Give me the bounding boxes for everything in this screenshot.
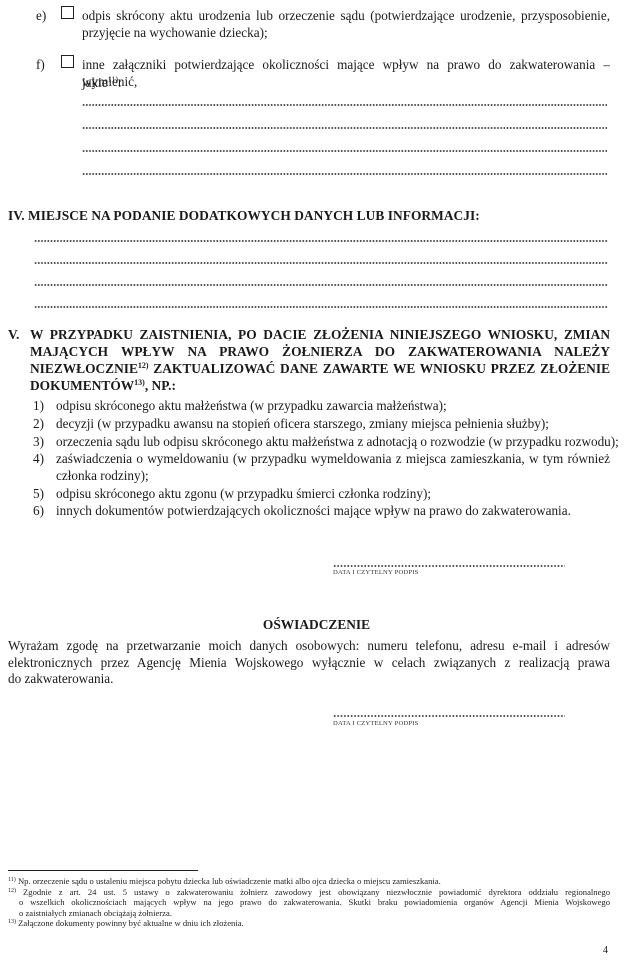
footnote-ref-13: 13) bbox=[134, 378, 145, 387]
footnote-separator bbox=[8, 870, 198, 871]
item-f-text-line2: jakie11): bbox=[82, 74, 610, 91]
list-num-2: 2) bbox=[33, 415, 44, 432]
declaration-line3: do zakwaterowania. bbox=[8, 671, 610, 688]
footnote-11: 11) Np. orzeczenie sądu o ustaleniu miej… bbox=[8, 876, 610, 887]
answer-line-iv-3[interactable] bbox=[34, 284, 608, 286]
footnote-12-line2: o wszelkich okolicznościach mających wpł… bbox=[8, 897, 610, 908]
declaration-text: Wyrażam zgodę na przetwarzanie moich dan… bbox=[8, 638, 610, 688]
checkbox-f[interactable] bbox=[61, 55, 74, 68]
list-item-4: zaświadczenia o wymeldowaniu (w przypadk… bbox=[56, 450, 610, 467]
heading-word-dokumentow: DOKUMENTÓW bbox=[30, 378, 134, 393]
heading-line3-rest: ZAKTUALIZOWAĆ DANE ZAWARTE WE WNIOSKU PR… bbox=[149, 361, 610, 376]
footnote-13-text: Załączone dokumenty powinny być aktualne… bbox=[18, 918, 244, 928]
footnote-11-text: Np. orzeczenie sądu o ustaleniu miejsca … bbox=[18, 876, 441, 886]
answer-line-f-2[interactable] bbox=[82, 127, 607, 129]
section-iv-heading: IV. MIEJSCE NA PODANIE DODATKOWYCH DANYC… bbox=[8, 207, 480, 224]
footnote-ref-11: 11) bbox=[108, 75, 118, 84]
footnote-12: 12) Zgodnie z art. 24 ust. 5 ustawy o za… bbox=[8, 887, 610, 898]
list-item-6: innych dokumentów potwierdzających okoli… bbox=[56, 502, 571, 519]
heading-line4-rest: , NP.: bbox=[145, 378, 176, 393]
footnote-mark-13: 13) bbox=[8, 919, 16, 925]
checkbox-e[interactable] bbox=[61, 6, 74, 19]
section-v-number: V. bbox=[8, 326, 19, 343]
footnote-12-line3: o zaistniałych zmianach obciążają żołnie… bbox=[8, 908, 610, 919]
list-item-2: decyzji (w przypadku awansu na stopień o… bbox=[56, 415, 549, 432]
footnote-mark-11: 11) bbox=[8, 877, 16, 883]
declaration-line2: elektronicznych przez Agencję Mienia Woj… bbox=[8, 655, 610, 672]
answer-line-iv-2[interactable] bbox=[34, 262, 608, 264]
section-v-heading-4: DOKUMENTÓW13), NP.: bbox=[30, 377, 610, 394]
list-num-1: 1) bbox=[33, 397, 44, 414]
signature-label-1: DATA I CZYTELNY PODPIS bbox=[333, 569, 419, 576]
list-item-3: orzeczenia sądu lub odpisu skróconego ak… bbox=[56, 433, 619, 450]
list-num-4: 4) bbox=[33, 450, 44, 467]
answer-line-f-3[interactable] bbox=[82, 150, 607, 152]
answer-line-iv-1[interactable] bbox=[34, 240, 608, 242]
item-letter-e: e) bbox=[36, 7, 46, 24]
item-letter-f: f) bbox=[36, 56, 45, 73]
list-num-5: 5) bbox=[33, 485, 44, 502]
answer-line-iv-4[interactable] bbox=[34, 306, 608, 308]
declaration-title: OŚWIADCZENIE bbox=[0, 617, 633, 633]
section-v-heading-2: MAJĄCYCH WPŁYW NA PRAWO ŻOŁNIERZA DO ZAK… bbox=[30, 343, 610, 360]
list-num-6: 6) bbox=[33, 502, 44, 519]
declaration-line1: Wyrażam zgodę na przetwarzanie moich dan… bbox=[8, 638, 610, 655]
item-e-text-line1: odpis skrócony aktu urodzenia lub orzecz… bbox=[82, 7, 610, 24]
footnote-mark-12: 12) bbox=[8, 888, 16, 894]
page-number: 4 bbox=[603, 945, 608, 956]
signature-label-2: DATA I CZYTELNY PODPIS bbox=[333, 720, 419, 727]
list-num-3: 3) bbox=[33, 433, 44, 450]
answer-line-f-4[interactable] bbox=[82, 173, 607, 175]
section-v-heading: W PRZYPADKU ZAISTNIENIA, PO DACIE ZŁOŻEN… bbox=[30, 326, 610, 343]
signature-line-2[interactable] bbox=[333, 715, 565, 717]
section-v-heading-line1: W PRZYPADKU ZAISTNIENIA, PO DACIE ZŁOŻEN… bbox=[30, 326, 610, 343]
section-v-heading-line4: DOKUMENTÓW13), NP.: bbox=[30, 377, 610, 394]
footnote-12-line1: Zgodnie z art. 24 ust. 5 ustawy o zakwat… bbox=[23, 887, 610, 897]
list-item-4-cont: członka rodziny); bbox=[56, 467, 149, 484]
footnote-ref-12: 12) bbox=[138, 361, 149, 370]
section-v-heading-3: NIEZWŁOCZNIE12) ZAKTUALIZOWAĆ DANE ZAWAR… bbox=[30, 360, 610, 377]
footnotes: 11) Np. orzeczenie sądu o ustaleniu miej… bbox=[8, 876, 610, 929]
heading-word-niezwlocznie: NIEZWŁOCZNIE bbox=[30, 361, 138, 376]
item-e-text-line2: przyjęcie na wychowanie dziecka); bbox=[82, 24, 610, 41]
footnote-13: 13) Załączone dokumenty powinny być aktu… bbox=[8, 918, 610, 929]
signature-line-1[interactable] bbox=[333, 565, 565, 567]
list-item-1: odpisu skróconego aktu małżeństwa (w prz… bbox=[56, 397, 447, 414]
item-f-jakie: jakie bbox=[82, 75, 108, 90]
section-v-heading-line3: NIEZWŁOCZNIE12) ZAKTUALIZOWAĆ DANE ZAWAR… bbox=[30, 360, 610, 377]
section-v-heading-line2: MAJĄCYCH WPŁYW NA PRAWO ŻOŁNIERZA DO ZAK… bbox=[30, 343, 610, 360]
answer-line-f-1[interactable] bbox=[82, 104, 607, 106]
list-item-5: odpisu skróconego aktu zgonu (w przypadk… bbox=[56, 485, 431, 502]
item-f-colon: : bbox=[118, 75, 122, 90]
